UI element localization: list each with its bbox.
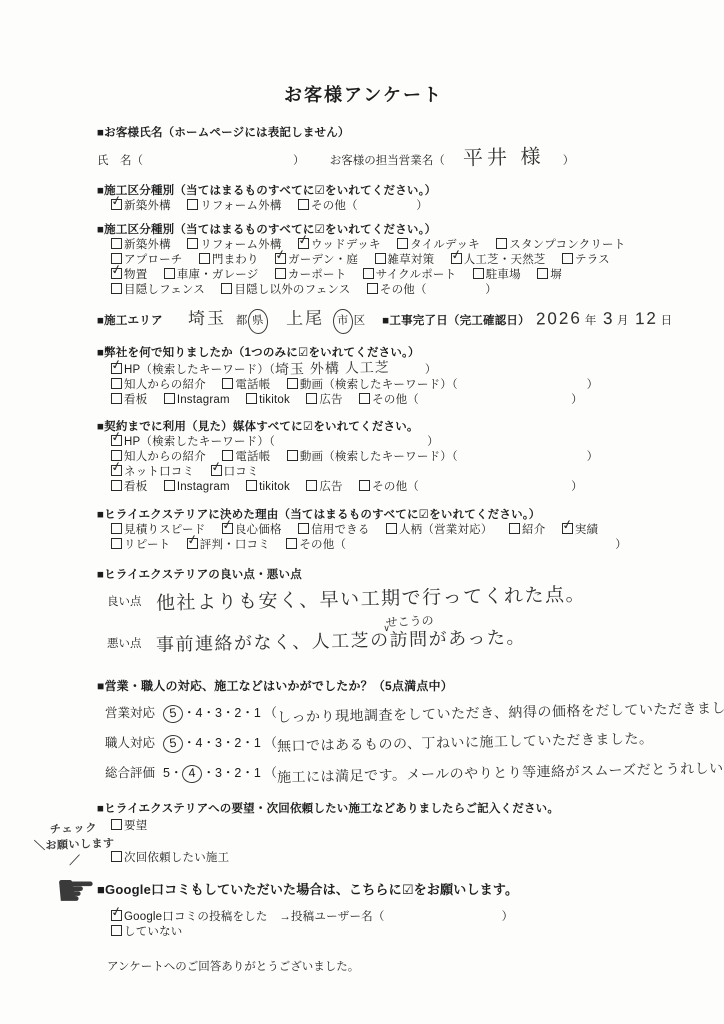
checkbox-handwriting: 埼玉 外構 人工芝 xyxy=(275,360,390,378)
checkbox-label: リフォーム外構 xyxy=(200,239,281,251)
checkbox-item[interactable]: ガーデン・庭 xyxy=(275,254,358,266)
checkbox-icon xyxy=(386,523,397,534)
prefecture-handwriting: 埼玉 xyxy=(188,310,226,329)
checkbox-icon xyxy=(222,378,233,389)
survey-content: お客様アンケート ■お客様氏名（ホームページには表記しません） 氏 名（） お客… xyxy=(97,84,710,974)
checkbox-label: tikitok xyxy=(259,394,290,406)
checkbox-label: テラス xyxy=(575,254,610,266)
checkbox-icon xyxy=(187,538,198,549)
bad-point-text-after: 訪問があった。 xyxy=(389,627,526,650)
year-unit: 年 xyxy=(585,315,597,327)
checkbox-label: 新築外構 xyxy=(124,239,171,251)
checkbox-label: 信用できる xyxy=(311,524,370,536)
rating-scale-post: ・3・2・1 xyxy=(202,766,260,780)
rating-paren: （ xyxy=(264,706,277,720)
rating-paren: （ xyxy=(264,736,277,750)
name-field-close: ） xyxy=(293,155,305,167)
checkbox-label: Instagram xyxy=(177,481,230,493)
checkbox-item[interactable]: 人柄（営業対応） xyxy=(386,524,493,536)
checkbox-label: HP（検索したキーワード）（ xyxy=(124,364,275,376)
rating-row-sales: 営業対応5・4・3・2・1 （しっかり現地調査をしていただき、納得の価格をだして… xyxy=(105,702,710,724)
checkbox-item[interactable]: 目隠しフェンス xyxy=(111,284,205,296)
day-handwriting: 12 xyxy=(635,310,658,329)
checkbox-item[interactable]: HP（検索したキーワード）（ ） xyxy=(111,436,439,448)
checkbox-icon xyxy=(111,435,122,446)
checkbox-icon xyxy=(287,450,298,461)
checkbox-item[interactable]: リフォーム外構 xyxy=(187,200,281,212)
checkbox-item[interactable]: 門まわり xyxy=(199,254,259,266)
checkbox-label: 次回依頼したい施工 xyxy=(124,852,229,864)
media-used-header: ■契約までに利用（見た）媒体すべてに☑をいれてください。 xyxy=(97,420,710,435)
checkbox-icon xyxy=(246,393,257,404)
year-handwriting: 2026 xyxy=(536,310,582,330)
checkbox-item[interactable]: 実績 xyxy=(562,524,598,536)
reason-header: ■ヒライエクステリアに決めた理由（当てはまるものすべてに☑をいれてください。） xyxy=(97,508,710,523)
good-point-handwriting: 他社よりも安く、早い工期で行ってくれた点。 xyxy=(155,585,585,615)
checkbox-label: 塀 xyxy=(550,269,562,281)
checkbox-item[interactable]: 新築外構 xyxy=(111,200,171,212)
checkbox-row: 新築外構 リフォーム外構 ウッドデッキ タイルデッキ スタンプコンクリート xyxy=(111,238,710,253)
checkbox-label: 実績 xyxy=(575,524,598,536)
checkbox-row: 次回依頼したい施工 xyxy=(111,851,710,866)
checkbox-row: 新築外構 リフォーム外構 その他（ ） xyxy=(111,199,710,214)
checkbox-icon xyxy=(111,538,122,549)
checkbox-item[interactable]: Google口コミの投稿をした →投稿ユーザー名（ ） xyxy=(111,911,513,923)
name-field-label: 氏 名（ xyxy=(97,155,143,167)
checkbox-label: 物置 xyxy=(124,269,147,281)
checkbox-label: その他（ ） xyxy=(380,284,497,296)
pref-unit-to: 都 xyxy=(236,315,248,327)
month-unit: 月 xyxy=(617,315,629,327)
area-date-line: ■施工エリア 埼玉都県 上尾市区 ■工事完了日（完工確認日） 2026年 3月 … xyxy=(97,309,710,334)
checkbox-label: 電話帳 xyxy=(235,379,270,391)
found-by-header: ■弊社を何で知りましたか（1つのみに☑をいれてください。） xyxy=(97,346,710,361)
thank-you-text: アンケートへのご回答ありがとうございました。 xyxy=(107,958,710,974)
checkbox-item[interactable]: 紹介 xyxy=(509,524,545,536)
checkbox-item[interactable]: 新築外構 xyxy=(111,239,171,251)
checkbox-row: 見積りスピード 良心価格 信用できる 人柄（営業対応） 紹介 実績 xyxy=(111,523,710,538)
checkbox-item[interactable]: その他（ ） xyxy=(286,539,627,551)
rating-circled-value[interactable]: 5 xyxy=(162,734,184,754)
checkbox-icon xyxy=(496,238,507,249)
checkbox-item[interactable]: Instagram xyxy=(164,394,230,406)
checkbox-label: 良心価格 xyxy=(235,524,282,536)
customer-name-line: 氏 名（） お客様の担当営業名（平井 様） xyxy=(97,147,710,172)
checkbox-icon xyxy=(367,283,378,294)
checkbox-label: 駐車場 xyxy=(486,269,521,281)
bad-point-line: 悪い点事前連絡がなく、人工芝のせこうの訪問があった。 xyxy=(107,631,710,657)
checkbox-item[interactable]: その他（ ） xyxy=(298,200,428,212)
checkbox-row: 物置 車庫・ガレージ カーポート サイクルポート 駐車場 塀 xyxy=(111,268,710,283)
customer-name-header: ■お客様氏名（ホームページには表記しません） xyxy=(97,126,710,141)
checkbox-label: リピート xyxy=(124,539,170,551)
checkbox-icon xyxy=(111,393,122,404)
checkbox-item[interactable]: 電話帳 xyxy=(222,379,270,391)
checkbox-icon xyxy=(164,268,175,279)
checkbox-label: 目隠し以外のフェンス xyxy=(234,284,350,296)
stamp-line2-text: お願いします xyxy=(45,838,114,852)
checkbox-icon xyxy=(164,393,175,404)
checkbox-label: 電話帳 xyxy=(235,451,270,463)
checkbox-row: 知人からの紹介 電話帳 動画（検索したキーワード）（ ） xyxy=(111,450,710,465)
checkbox-icon xyxy=(111,910,122,921)
rating-scale-pre: 5・ xyxy=(163,766,182,780)
google-review-header: ■Google口コミもしていただいた場合は、こちらに☑をお願いします。 xyxy=(97,882,710,897)
checkbox-item[interactable]: その他（ ） xyxy=(367,284,497,296)
worktype1-header: ■施工区分種別（当てはまるものすべてに☑をいれてください。） xyxy=(97,184,710,199)
page-title: お客様アンケート xyxy=(97,84,630,106)
checkbox-item[interactable]: 目隠し以外のフェンス xyxy=(221,284,350,296)
checkbox-label-tail: ） xyxy=(390,364,437,376)
month-handwriting: 3 xyxy=(602,310,614,329)
checkbox-item[interactable]: 車庫・ガレージ xyxy=(164,269,259,281)
area-header: ■施工エリア xyxy=(97,315,163,327)
checkbox-label: 目隠しフェンス xyxy=(124,284,205,296)
rating-label: 営業対応 xyxy=(105,706,155,720)
rating-comment-handwriting: 施工には満足です。メールのやりとり等連絡がスムーズだとうれしいです。 xyxy=(277,760,724,786)
checkbox-row: HP（検索したキーワード）（埼玉 外構 人工芝 ） xyxy=(111,361,710,378)
checkbox-icon xyxy=(222,523,233,534)
checkbox-row: 要望 xyxy=(111,819,710,834)
checkbox-icon xyxy=(275,268,286,279)
checkbox-item[interactable]: 信用できる xyxy=(298,524,370,536)
rating-label: 総合評価 xyxy=(105,766,155,780)
checkbox-item[interactable]: 駐車場 xyxy=(473,269,521,281)
checkbox-item[interactable]: スタンプコンクリート xyxy=(496,239,625,251)
checkbox-item[interactable]: tikitok xyxy=(246,394,290,406)
checkbox-label: 車庫・ガレージ xyxy=(177,269,259,281)
checkbox-label: 動画（検索したキーワード）（ ） xyxy=(300,451,598,463)
checkbox-item[interactable]: 動画（検索したキーワード）（ ） xyxy=(287,451,598,463)
checkbox-icon xyxy=(286,538,297,549)
completion-date-header: ■工事完了日（完工確認日） xyxy=(382,315,530,327)
checkbox-icon xyxy=(111,363,122,374)
checkbox-item[interactable]: リピート xyxy=(111,539,170,551)
checkbox-label: その他（ ） xyxy=(372,394,583,406)
checkbox-label: ネット口コミ xyxy=(124,466,194,478)
worktype2-header: ■施工区分種別（当てはまるものすべてに☑をいれてください。） xyxy=(97,223,710,238)
checkbox-label: 広告 xyxy=(319,481,342,493)
checkbox-item[interactable]: 口コミ xyxy=(211,466,259,478)
checkbox-icon xyxy=(298,238,309,249)
checkbox-label: リフォーム外構 xyxy=(200,200,281,212)
checkbox-row: 看板 Instagram tikitok 広告 その他（ ） xyxy=(111,480,710,495)
checkbox-icon xyxy=(306,480,317,491)
checkbox-label: アプローチ xyxy=(124,254,183,266)
checkbox-icon xyxy=(298,199,309,210)
checkbox-icon xyxy=(473,268,484,279)
checkbox-icon xyxy=(359,480,370,491)
checkbox-icon xyxy=(287,378,298,389)
checkbox-label: その他（ ） xyxy=(299,539,627,551)
request-header: ■ヒライエクステリアへの要望・次回依頼したい施工などありましたらご記入ください。 xyxy=(97,802,710,817)
checkbox-label: 要望 xyxy=(124,820,147,832)
checkbox-label: 知人からの紹介 xyxy=(124,451,206,463)
checkbox-label: 看板 xyxy=(124,394,147,406)
checkbox-icon xyxy=(298,523,309,534)
checkbox-item[interactable]: 塀 xyxy=(537,269,562,281)
checkbox-row: していない xyxy=(111,925,710,940)
checkbox-icon xyxy=(111,238,122,249)
rating-scale-post: ・4・3・2・1 xyxy=(183,706,261,720)
bad-point-handwriting: 事前連絡がなく、人工芝のせこうの訪問があった。 xyxy=(155,628,525,656)
checkbox-label: Instagram xyxy=(177,394,230,406)
checkbox-icon xyxy=(537,268,548,279)
checkbox-item[interactable]: サイクルポート xyxy=(363,269,457,281)
checkbox-icon xyxy=(359,393,370,404)
checkbox-label: スタンプコンクリート xyxy=(509,239,625,251)
ratings-header: ■営業・職人の対応、施工などはいかがでしたか？（5点満点中） xyxy=(97,679,710,694)
sales-field-close: ） xyxy=(563,155,575,167)
sales-field-label: お客様の担当営業名（ xyxy=(330,155,445,167)
checkbox-item[interactable]: リフォーム外構 xyxy=(187,239,281,251)
rating-paren: （ xyxy=(264,766,277,780)
rating-circled-value[interactable]: 5 xyxy=(162,704,184,724)
checkbox-icon xyxy=(562,523,573,534)
checkbox-item[interactable]: していない xyxy=(111,926,183,938)
checkbox-icon xyxy=(187,199,198,210)
checkbox-label: 口コミ xyxy=(224,466,259,478)
checkbox-label: 雑草対策 xyxy=(388,254,435,266)
checkbox-item[interactable]: 看板 xyxy=(111,394,147,406)
checkbox-item[interactable]: その他（ ） xyxy=(359,481,583,493)
checkbox-item[interactable]: タイルデッキ xyxy=(397,239,480,251)
city-unit-ku: 区 xyxy=(354,315,366,327)
checkbox-label: 看板 xyxy=(124,481,147,493)
checkbox-icon xyxy=(306,393,317,404)
checkbox-label: 門まわり xyxy=(212,254,259,266)
rating-comment-handwriting: 無口ではあるものの、丁ねいに施工していただきました。 xyxy=(277,731,654,754)
checkbox-item[interactable]: 評判・口コミ xyxy=(187,539,270,551)
checkbox-item[interactable]: 広告 xyxy=(306,394,342,406)
checkbox-label: ウッドデッキ xyxy=(311,239,381,251)
checkbox-icon xyxy=(111,465,122,476)
checkbox-label: HP（検索したキーワード）（ ） xyxy=(124,436,439,448)
checkbox-label: 広告 xyxy=(319,394,342,406)
checkbox-icon xyxy=(562,253,573,264)
checkbox-label: 動画（検索したキーワード）（ ） xyxy=(300,379,598,391)
stamp-left-ray: ＼ xyxy=(34,840,46,852)
checkbox-icon xyxy=(111,925,122,936)
rating-label: 職人対応 xyxy=(105,736,155,750)
checkbox-row: HP（検索したキーワード）（ ） xyxy=(111,435,710,450)
checkbox-label: タイルデッキ xyxy=(410,239,480,251)
checkbox-icon xyxy=(363,268,374,279)
checkbox-item[interactable]: 人工芝・天然芝 xyxy=(451,254,546,266)
checkbox-label: その他（ ） xyxy=(311,200,428,212)
checkbox-item[interactable]: HP（検索したキーワード）（埼玉 外構 人工芝 ） xyxy=(111,364,437,376)
check-please-stamp: チェック ＼お願いします／ ☛ xyxy=(28,818,121,911)
checkbox-item[interactable]: Instagram xyxy=(164,481,230,493)
checkbox-label: 評判・口コミ xyxy=(200,539,270,551)
rating-comment-handwriting: しっかり現地調査をしていただき、納得の価格をだしていただきました。 xyxy=(277,700,724,725)
checkbox-icon xyxy=(111,480,122,491)
checkbox-item[interactable]: 動画（検索したキーワード）（ ） xyxy=(287,379,598,391)
rating-row-overall: 総合評価5・4・3・2・1 （施工には満足です。メールのやりとり等連絡がスムーズ… xyxy=(105,762,710,784)
checkbox-item[interactable]: ウッドデッキ xyxy=(298,239,381,251)
rating-row-craftsman: 職人対応5・4・3・2・1 （無口ではあるものの、丁ねいに施工していただきました… xyxy=(105,732,710,754)
good-point-line: 良い点他社よりも安く、早い工期で行ってくれた点。 xyxy=(107,589,710,615)
city-unit-shi-circled: 市 xyxy=(332,308,353,334)
checkbox-icon xyxy=(222,450,233,461)
checkbox-row: Google口コミの投稿をした →投稿ユーザー名（ ） xyxy=(111,910,710,925)
checkbox-icon xyxy=(275,253,286,264)
city-handwriting: 上尾 xyxy=(286,310,324,329)
bad-point-text-before: 事前連絡がなく、人工芝の xyxy=(155,630,389,655)
checkbox-item[interactable]: その他（ ） xyxy=(359,394,583,406)
checkbox-item[interactable]: アプローチ xyxy=(111,254,183,266)
good-point-label: 良い点 xyxy=(107,596,142,608)
checkbox-label: ガーデン・庭 xyxy=(288,254,358,266)
checkbox-label: 知人からの紹介 xyxy=(124,379,206,391)
checkbox-icon xyxy=(111,378,122,389)
checkbox-item[interactable]: 広告 xyxy=(306,481,342,493)
checkbox-row: 看板 Instagram tikitok 広告 その他（ ） xyxy=(111,393,710,408)
checkbox-item[interactable]: テラス xyxy=(562,254,610,266)
checkbox-item[interactable]: 雑草対策 xyxy=(375,254,435,266)
checkbox-row: 知人からの紹介 電話帳 動画（検索したキーワード）（ ） xyxy=(111,378,710,393)
checkbox-icon xyxy=(509,523,520,534)
checkbox-icon xyxy=(397,238,408,249)
checkbox-row: アプローチ 門まわり ガーデン・庭 雑草対策 人工芝・天然芝 テラス xyxy=(111,253,710,268)
checkbox-icon xyxy=(211,465,222,476)
checkbox-label: サイクルポート xyxy=(376,269,457,281)
checkbox-label: 紹介 xyxy=(522,524,545,536)
checkbox-label: tikitok xyxy=(259,481,290,493)
checkbox-label: カーポート xyxy=(288,269,347,281)
rating-scale-post: ・4・3・2・1 xyxy=(183,736,261,750)
checkbox-icon xyxy=(111,283,122,294)
checkbox-label: 人工芝・天然芝 xyxy=(464,254,546,266)
pref-unit-ken-circled: 県 xyxy=(248,308,269,334)
checkbox-icon xyxy=(111,199,122,210)
checkbox-item[interactable]: 知人からの紹介 xyxy=(111,451,206,463)
checkbox-icon xyxy=(221,283,232,294)
rating-circled-value[interactable]: 4 xyxy=(182,764,204,784)
checkbox-icon xyxy=(199,253,210,264)
checkbox-label: Google口コミの投稿をした →投稿ユーザー名（ ） xyxy=(124,911,513,923)
checkbox-item[interactable]: 次回依頼したい施工 xyxy=(111,852,229,864)
checkbox-item[interactable]: 良心価格 xyxy=(222,524,282,536)
checkbox-row: リピート 評判・口コミ その他（ ） xyxy=(111,538,710,553)
sales-name-handwriting: 平井 様 xyxy=(463,146,545,170)
checkbox-item[interactable]: 知人からの紹介 xyxy=(111,379,206,391)
checkbox-item[interactable]: カーポート xyxy=(275,269,347,281)
checkbox-icon xyxy=(187,238,198,249)
checkbox-icon xyxy=(451,253,462,264)
checkbox-label: その他（ ） xyxy=(372,481,583,493)
checkbox-icon xyxy=(246,480,257,491)
checkbox-item[interactable]: 電話帳 xyxy=(222,451,270,463)
sales-name-value[interactable]: 平井 様 xyxy=(445,147,563,172)
checkbox-item[interactable]: ネット口コミ xyxy=(111,466,194,478)
checkbox-row: ネット口コミ 口コミ xyxy=(111,465,710,480)
checkbox-icon xyxy=(375,253,386,264)
checkbox-item[interactable]: 看板 xyxy=(111,481,147,493)
bad-point-label: 悪い点 xyxy=(107,638,142,650)
day-unit: 日 xyxy=(661,315,673,327)
pointing-hand-icon: ☛ xyxy=(31,870,121,910)
bad-point-inserted-text: せこうの xyxy=(384,615,433,630)
checkbox-label: 新築外構 xyxy=(124,200,171,212)
checkbox-label: していない xyxy=(124,926,183,938)
checkbox-row: 目隠しフェンス 目隠し以外のフェンス その他（ ） xyxy=(111,283,710,298)
checkbox-label: 人柄（営業対応） xyxy=(399,524,493,536)
survey-sheet: お客様アンケート ■お客様氏名（ホームページには表記しません） 氏 名（） お客… xyxy=(0,0,724,1024)
bad-point-insertion-anchor: せこうの訪問があった。 xyxy=(389,627,526,650)
checkbox-item[interactable]: tikitok xyxy=(246,481,290,493)
checkbox-icon xyxy=(164,480,175,491)
good-bad-header: ■ヒライエクステリアの良い点・悪い点 xyxy=(97,568,710,583)
checkbox-icon xyxy=(111,268,122,279)
checkbox-item[interactable]: 物置 xyxy=(111,269,147,281)
checkbox-icon xyxy=(111,523,122,534)
